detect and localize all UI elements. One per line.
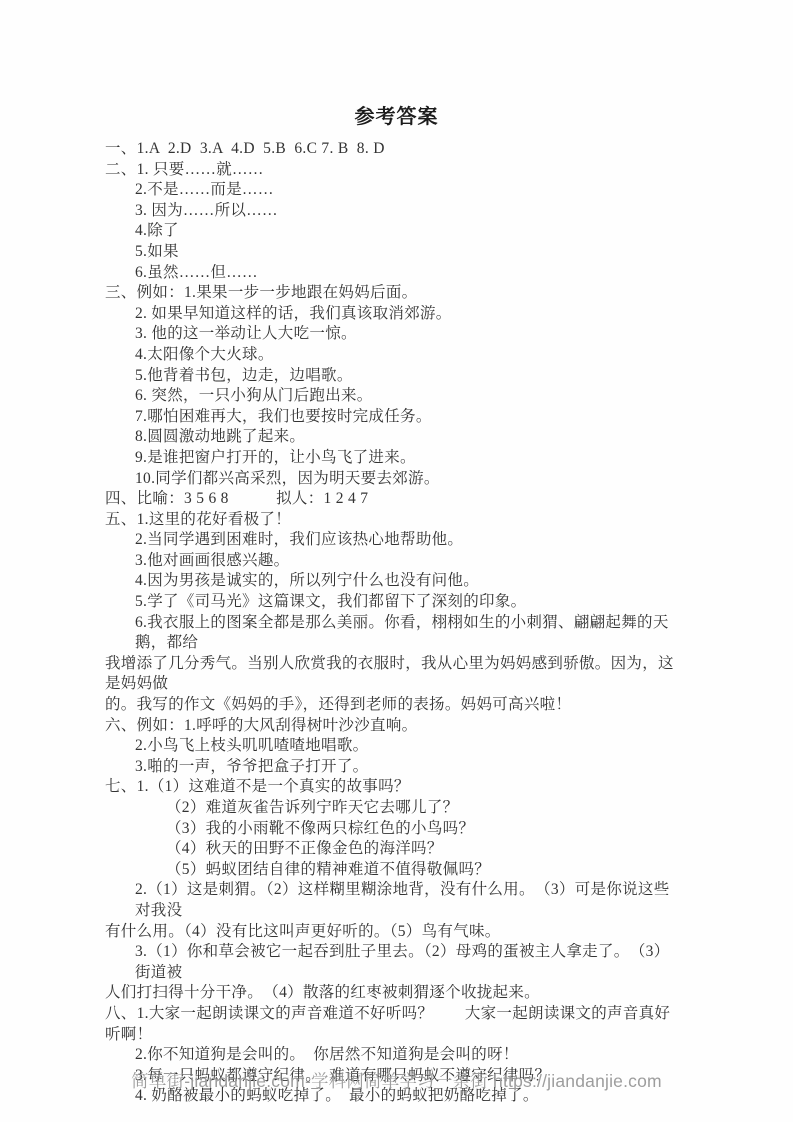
answer-line: 2.小鸟飞上枝头叽叽喳喳地唱歌。 bbox=[105, 736, 685, 757]
answer-line: 四、比喻：3 5 6 8 拟人：1 2 4 7 bbox=[105, 489, 685, 510]
answer-line: 3.（1）你和草会被它一起吞到肚子里去。（2）母鸡的蛋被主人拿走了。 （3）街道… bbox=[105, 942, 685, 983]
footer-watermark: 简单街-jiandanjie.com-学科网简单学习一条街 https://ji… bbox=[0, 1068, 793, 1093]
answer-line: 有什么用。（4）没有比这叫声更好听的。（5）鸟有气味。 bbox=[105, 922, 685, 943]
answer-line: 8.圆圆激动地跳了起来。 bbox=[105, 427, 685, 448]
answer-line: 10.同学们都兴高采烈，因为明天要去郊游。 bbox=[105, 469, 685, 490]
answer-line: 4.因为男孩是诚实的，所以列宁什么也没有问他。 bbox=[105, 571, 685, 592]
answer-line: 4.太阳像个大火球。 bbox=[105, 345, 685, 366]
answer-line: （2）难道灰雀告诉列宁昨天它去哪儿了？ bbox=[105, 798, 685, 819]
answer-line: 二、1. 只要……就…… bbox=[105, 160, 685, 181]
answer-line: （4）秋天的田野不正像金色的海洋吗？ bbox=[105, 839, 685, 860]
answer-line: 5.学了《司马光》这篇课文，我们都留下了深刻的印象。 bbox=[105, 592, 685, 613]
answer-line: 3.啪的一声，爷爷把盒子打开了。 bbox=[105, 757, 685, 778]
answer-line: 4.除了 bbox=[105, 221, 685, 242]
document-page: 参考答案 一、1.A 2.D 3.A 4.D 5.B 6.C 7. B 8. D… bbox=[0, 0, 793, 1122]
answer-line: 6. 突然，一只小狗从门后跑出来。 bbox=[105, 386, 685, 407]
answer-line: 一、1.A 2.D 3.A 4.D 5.B 6.C 7. B 8. D bbox=[105, 139, 685, 160]
answer-line: 的。我写的作文《妈妈的手》，还得到老师的表扬。妈妈可高兴啦！ bbox=[105, 695, 685, 716]
answer-line: 5.如果 bbox=[105, 242, 685, 263]
answer-line: 2.不是……而是…… bbox=[105, 180, 685, 201]
answer-line: 我增添了几分秀气。当别人欣赏我的衣服时，我从心里为妈妈感到骄傲。因为，这是妈妈做 bbox=[105, 654, 685, 695]
answer-line: 八、1.大家一起朗读课文的声音难道不好听吗？ 大家一起朗读课文的声音真好听啊！ bbox=[105, 1004, 685, 1045]
answer-line: 3. 因为……所以…… bbox=[105, 201, 685, 222]
answer-line: 3. 他的这一举动让人大吃一惊。 bbox=[105, 324, 685, 345]
answer-line: 7.哪怕困难再大，我们也要按时完成任务。 bbox=[105, 407, 685, 428]
answer-line: 2.当同学遇到困难时，我们应该热心地帮助他。 bbox=[105, 530, 685, 551]
answer-line: 2.（1）这是刺猬。（2）这样糊里糊涂地背，没有什么用。 （3）可是你说这些对我… bbox=[105, 880, 685, 921]
answer-line: （5）蚂蚁团结自律的精神难道不值得敬佩吗？ bbox=[105, 860, 685, 881]
answer-line: 5.他背着书包，边走，边唱歌。 bbox=[105, 366, 685, 387]
answer-line: 2. 如果早知道这样的话，我们真该取消郊游。 bbox=[105, 304, 685, 325]
answer-line: 三、例如：1.果果一步一步地跟在妈妈后面。 bbox=[105, 283, 685, 304]
answer-line: 五、1.这里的花好看极了！ bbox=[105, 510, 685, 531]
answer-line: 3.他对画画很感兴趣。 bbox=[105, 551, 685, 572]
answer-line: 七、1.（1）这难道不是一个真实的故事吗？ bbox=[105, 777, 685, 798]
answer-line: 六、例如：1.呼呼的大风刮得树叶沙沙直响。 bbox=[105, 716, 685, 737]
answer-line: 9.是谁把窗户打开的，让小鸟飞了进来。 bbox=[105, 448, 685, 469]
page-title: 参考答案 bbox=[0, 100, 793, 129]
answer-line: （3）我的小雨靴不像两只棕红色的小鸟吗？ bbox=[105, 819, 685, 840]
answer-line: 人们打扫得十分干净。 （4）散落的红枣被刺猬逐个收拢起来。 bbox=[105, 983, 685, 1004]
answer-line: 6.虽然……但…… bbox=[105, 263, 685, 284]
answer-key-body: 一、1.A 2.D 3.A 4.D 5.B 6.C 7. B 8. D二、1. … bbox=[105, 139, 685, 1107]
answer-line: 6.我衣服上的图案全都是那么美丽。你看，栩栩如生的小刺猬、翩翩起舞的天鹅，都给 bbox=[105, 613, 685, 654]
answer-line: 2.你不知道狗是会叫的。 你居然不知道狗是会叫的呀！ bbox=[105, 1045, 685, 1066]
